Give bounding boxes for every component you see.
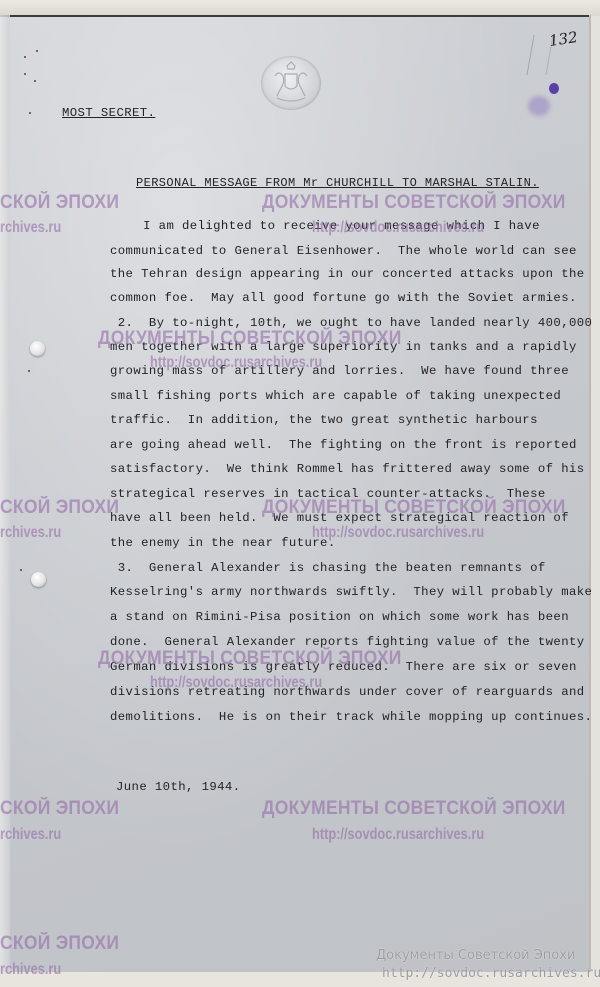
- paragraph-3-line: demolitions. He is on their track while …: [110, 711, 592, 723]
- margin-speck: [24, 73, 26, 75]
- paragraph-3-line: 3. General Alexander is chasing the beat…: [110, 562, 546, 574]
- watermark-url: http://sovdoc.rusarchives.ru: [150, 674, 322, 692]
- margin-speck: [20, 569, 22, 571]
- paragraph-3-line: Kesselring's army northwards swiftly. Th…: [110, 586, 592, 598]
- watermark-title: ДОКУМЕНТЫ СОВЕТСКОЙ ЭПОХИ: [262, 798, 566, 820]
- paragraph-1-line: common foe. May all good fortune go with…: [110, 292, 577, 304]
- scanner-background-top: [0, 0, 600, 16]
- watermark-title: ДОКУМЕНТЫ СОВЕТСКОЙ ЭПОХИ: [262, 192, 566, 214]
- crest-emblem-icon: [261, 56, 321, 110]
- paragraph-2-line: are going ahead well. The fighting on th…: [110, 439, 577, 451]
- paragraph-2-line: satisfactory. We think Rommel has fritte…: [110, 463, 585, 475]
- punch-hole-upper: [30, 341, 45, 356]
- document-date: June 10th, 1944.: [116, 781, 240, 793]
- ink-smudge: [528, 96, 550, 116]
- watermark-title: СКОЙ ЭПОХИ: [0, 192, 119, 214]
- archive-caption: Документы Советской Эпохи: [376, 948, 575, 963]
- watermark-title: СКОЙ ЭПОХИ: [0, 798, 119, 820]
- watermark-url: rchives.ru: [0, 524, 61, 542]
- margin-speck: [34, 80, 36, 82]
- archive-url: http://sovdoc.rusarchives.ru: [382, 966, 600, 981]
- watermark-title: ДОКУМЕНТЫ СОВЕТСКОЙ ЭПОХИ: [98, 328, 402, 350]
- classification-label: MOST SECRET.: [62, 107, 155, 119]
- document-title: PERSONAL MESSAGE FROM Mr CHURCHILL TO MA…: [136, 177, 539, 189]
- paragraph-1-line: communicated to General Eisenhower. The …: [110, 245, 577, 257]
- paragraph-3-line: a stand on Rimini-Pisa position on which…: [110, 611, 569, 623]
- watermark-title: ДОКУМЕНТЫ СОВЕТСКОЙ ЭПОХИ: [262, 497, 566, 519]
- watermark-url: http://sovdoc.rusarchives.ru: [312, 826, 484, 844]
- watermark-url: http://sovdoc.rusarchives.ru: [312, 524, 484, 542]
- paragraph-2-line: traffic. In addition, the two great synt…: [110, 414, 538, 426]
- margin-speck: [24, 56, 26, 58]
- margin-speck: [28, 370, 30, 372]
- watermark-url: rchives.ru: [0, 961, 61, 979]
- paragraph-1-line: the Tehran design appearing in our conce…: [110, 268, 585, 280]
- violet-ink-dot-icon: [549, 83, 559, 94]
- watermark-title: СКОЙ ЭПОХИ: [0, 497, 119, 519]
- royal-crest-icon: [261, 56, 321, 110]
- margin-speck: [36, 50, 38, 52]
- watermark-url: http://sovdoc.rusarchives.ru: [150, 354, 322, 372]
- watermark-url: rchives.ru: [0, 219, 61, 237]
- watermark-url: http://sovdoc.rusarchives.ru: [312, 219, 484, 237]
- watermark-title: СКОЙ ЭПОХИ: [0, 933, 119, 955]
- watermark-url: rchives.ru: [0, 826, 61, 844]
- watermark-title: ДОКУМЕНТЫ СОВЕТСКОЙ ЭПОХИ: [98, 648, 402, 670]
- paragraph-2-line: the enemy in the near future.: [110, 537, 336, 549]
- paragraph-3-line: done. General Alexander reports fighting…: [110, 636, 585, 648]
- margin-speck: [29, 112, 31, 114]
- paragraph-2-line: small fishing ports which are capable of…: [110, 390, 561, 402]
- punch-hole-lower: [31, 572, 46, 587]
